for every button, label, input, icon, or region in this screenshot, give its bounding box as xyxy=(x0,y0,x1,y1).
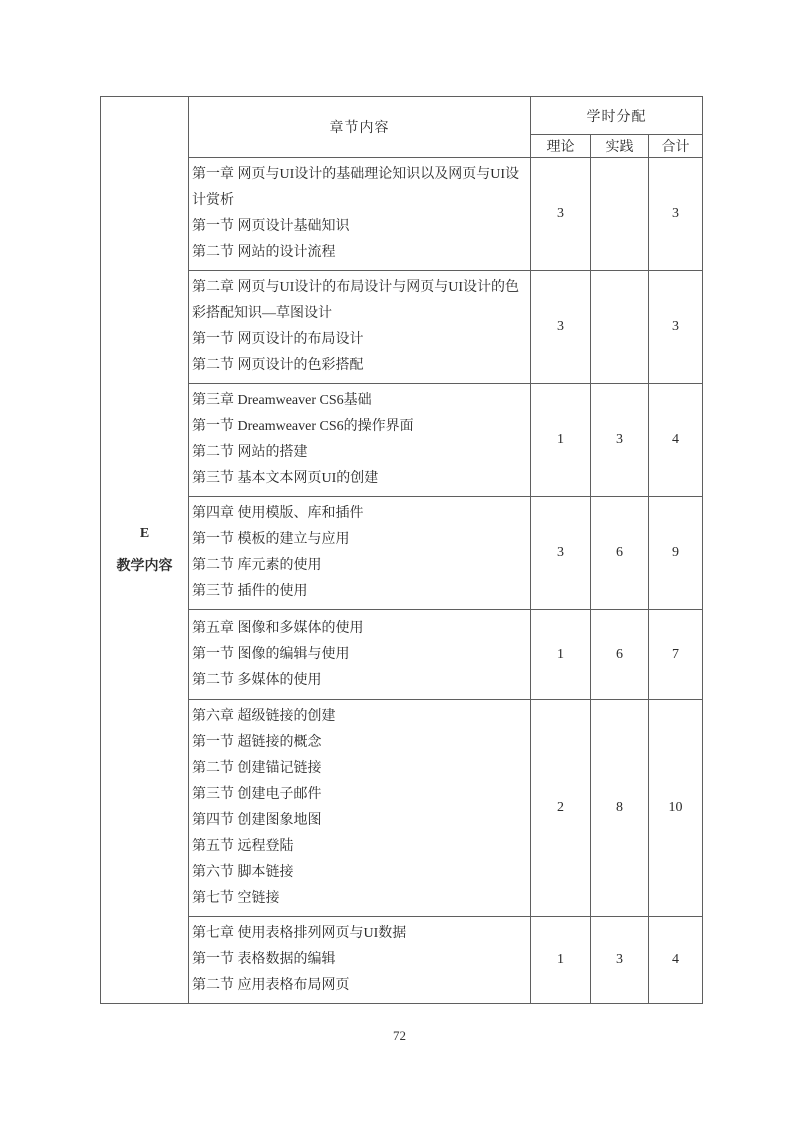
chapter-content-cell: 第三章 Dreamweaver CS6基础第一节 Dreamweaver CS6… xyxy=(189,384,531,497)
theory-hours-cell: 3 xyxy=(531,158,591,271)
row-group-label-text: 教学内容 xyxy=(102,555,187,579)
practice-hours-cell xyxy=(591,271,649,384)
chapter-line: 第三章 Dreamweaver CS6基础 xyxy=(192,388,528,414)
theory-hours-cell: 1 xyxy=(531,384,591,497)
theory-hours-cell: 3 xyxy=(531,271,591,384)
header-row-top: E 教学内容 章节内容 学时分配 xyxy=(101,97,703,135)
total-hours-cell: 3 xyxy=(649,271,703,384)
chapter-line: 第二节 网页设计的色彩搭配 xyxy=(192,353,528,379)
chapter-content-cell: 第五章 图像和多媒体的使用第一节 图像的编辑与使用第二节 多媒体的使用 xyxy=(189,610,531,700)
total-hours-cell: 9 xyxy=(649,497,703,610)
column-header-hours-allocation: 学时分配 xyxy=(531,97,703,135)
practice-hours-cell: 3 xyxy=(591,917,649,1004)
chapter-line: 第一节 超链接的概念 xyxy=(192,730,528,756)
chapter-line: 第二节 网站的设计流程 xyxy=(192,240,528,266)
chapter-line: 第四节 创建图象地图 xyxy=(192,808,528,834)
practice-hours-cell: 6 xyxy=(591,610,649,700)
document-page: E 教学内容 章节内容 学时分配 理论 实践 合计 第一章 网页与UI设计的基础… xyxy=(0,0,799,1131)
chapter-line: 第七章 使用表格排列网页与UI数据 xyxy=(192,921,528,947)
column-header-practice: 实践 xyxy=(591,135,649,158)
theory-hours-cell: 1 xyxy=(531,610,591,700)
chapter-content-cell: 第四章 使用模版、库和插件第一节 模板的建立与应用第二节 库元素的使用第三节 插… xyxy=(189,497,531,610)
total-hours-cell: 10 xyxy=(649,700,703,917)
chapter-line: 第二节 多媒体的使用 xyxy=(192,668,528,694)
chapter-line: 第一节 表格数据的编辑 xyxy=(192,947,528,973)
chapter-content-cell: 第一章 网页与UI设计的基础理论知识以及网页与UI设计赏析第一节 网页设计基础知… xyxy=(189,158,531,271)
chapter-content-cell: 第七章 使用表格排列网页与UI数据第一节 表格数据的编辑第二节 应用表格布局网页 xyxy=(189,917,531,1004)
chapter-line: 第三节 创建电子邮件 xyxy=(192,782,528,808)
practice-hours-cell: 6 xyxy=(591,497,649,610)
chapter-line: 第一节 网页设计基础知识 xyxy=(192,214,528,240)
chapter-line: 第二节 库元素的使用 xyxy=(192,553,528,579)
page-number: 72 xyxy=(0,1028,799,1044)
chapter-line: 第二章 网页与UI设计的布局设计与网页与UI设计的色彩搭配知识—草图设计 xyxy=(192,275,528,327)
chapter-line: 第三节 插件的使用 xyxy=(192,579,528,605)
column-header-total: 合计 xyxy=(649,135,703,158)
chapter-line: 第六节 脚本链接 xyxy=(192,860,528,886)
theory-hours-cell: 1 xyxy=(531,917,591,1004)
theory-hours-cell: 2 xyxy=(531,700,591,917)
chapter-line: 第一节 网页设计的布局设计 xyxy=(192,327,528,353)
chapter-line: 第七节 空链接 xyxy=(192,886,528,912)
column-header-theory: 理论 xyxy=(531,135,591,158)
chapter-line: 第四章 使用模版、库和插件 xyxy=(192,501,528,527)
total-hours-cell: 4 xyxy=(649,917,703,1004)
row-group-label-cell: E 教学内容 xyxy=(101,97,189,1004)
total-hours-cell: 4 xyxy=(649,384,703,497)
table-row: 第一章 网页与UI设计的基础理论知识以及网页与UI设计赏析第一节 网页设计基础知… xyxy=(101,158,703,271)
table-row: 第五章 图像和多媒体的使用第一节 图像的编辑与使用第二节 多媒体的使用167 xyxy=(101,610,703,700)
chapter-line: 第一章 网页与UI设计的基础理论知识以及网页与UI设计赏析 xyxy=(192,162,528,214)
table-row: 第三章 Dreamweaver CS6基础第一节 Dreamweaver CS6… xyxy=(101,384,703,497)
practice-hours-cell: 3 xyxy=(591,384,649,497)
table-row: 第四章 使用模版、库和插件第一节 模板的建立与应用第二节 库元素的使用第三节 插… xyxy=(101,497,703,610)
table-row: 第七章 使用表格排列网页与UI数据第一节 表格数据的编辑第二节 应用表格布局网页… xyxy=(101,917,703,1004)
chapter-line: 第一节 Dreamweaver CS6的操作界面 xyxy=(192,414,528,440)
table-row: 第二章 网页与UI设计的布局设计与网页与UI设计的色彩搭配知识—草图设计第一节 … xyxy=(101,271,703,384)
table-row: 第六章 超级链接的创建第一节 超链接的概念第二节 创建锚记链接第三节 创建电子邮… xyxy=(101,700,703,917)
total-hours-cell: 3 xyxy=(649,158,703,271)
chapter-line: 第五章 图像和多媒体的使用 xyxy=(192,616,528,642)
theory-hours-cell: 3 xyxy=(531,497,591,610)
chapter-line: 第二节 创建锚记链接 xyxy=(192,756,528,782)
chapter-line: 第二节 应用表格布局网页 xyxy=(192,973,528,999)
chapter-line: 第六章 超级链接的创建 xyxy=(192,704,528,730)
chapter-line: 第二节 网站的搭建 xyxy=(192,440,528,466)
practice-hours-cell xyxy=(591,158,649,271)
row-group-label-letter: E xyxy=(102,522,187,546)
total-hours-cell: 7 xyxy=(649,610,703,700)
chapter-line: 第一节 模板的建立与应用 xyxy=(192,527,528,553)
chapter-content-cell: 第二章 网页与UI设计的布局设计与网页与UI设计的色彩搭配知识—草图设计第一节 … xyxy=(189,271,531,384)
chapter-line: 第一节 图像的编辑与使用 xyxy=(192,642,528,668)
chapter-line: 第五节 远程登陆 xyxy=(192,834,528,860)
column-header-chapter-content: 章节内容 xyxy=(189,97,531,158)
chapter-line: 第三节 基本文本网页UI的创建 xyxy=(192,466,528,492)
teaching-content-table: E 教学内容 章节内容 学时分配 理论 实践 合计 第一章 网页与UI设计的基础… xyxy=(100,96,703,1004)
practice-hours-cell: 8 xyxy=(591,700,649,917)
chapter-content-cell: 第六章 超级链接的创建第一节 超链接的概念第二节 创建锚记链接第三节 创建电子邮… xyxy=(189,700,531,917)
